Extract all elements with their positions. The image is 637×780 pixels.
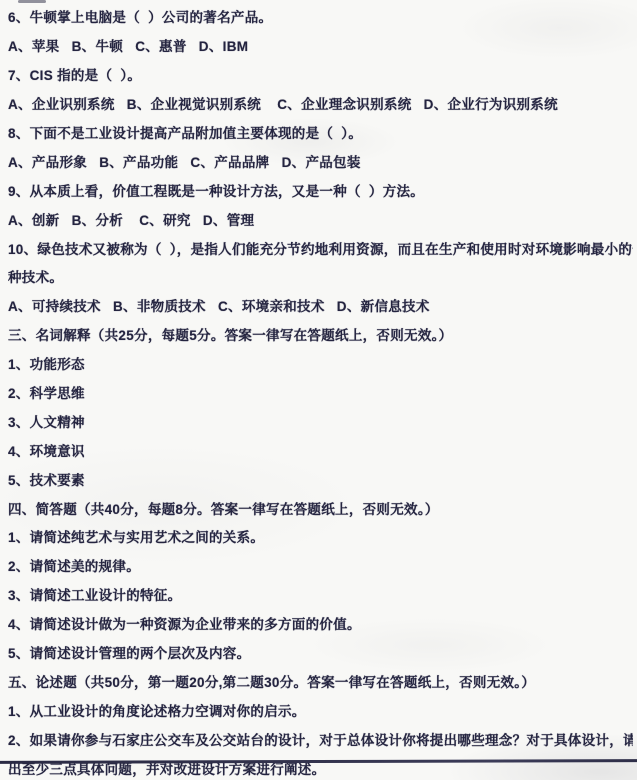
short-answer-item-5: 5、请简述设计管理的两个层次及内容。 xyxy=(8,638,633,667)
question-7-stem: 7、CIS 指的是（ ）。 xyxy=(8,60,633,89)
short-answer-item-1: 1、请简述纯艺术与实用艺术之间的关系。 xyxy=(8,522,633,551)
essay-section-header: 五、论述题（共50分，第一题20分,第二题30分。答案一律写在答题纸上，否则无效… xyxy=(8,666,633,695)
glossary-item-4: 4、环境意识 xyxy=(8,435,633,464)
multiple-choice-section: 6、牛顿掌上电脑是（ ）公司的著名产品。 A、苹果 B、牛顿 C、惠普 D、IB… xyxy=(8,2,633,320)
short-answer-item-4: 4、请简述设计做为一种资源为企业带来的多方面的价值。 xyxy=(8,609,633,638)
question-6-stem: 6、牛顿掌上电脑是（ ）公司的著名产品。 xyxy=(8,2,633,31)
question-9-stem: 9、从本质上看，价值工程既是一种设计方法，又是一种（ ）方法。 xyxy=(8,175,633,204)
question-8-stem: 8、下面不是工业设计提高产品附加值主要体现的是（ ）。 xyxy=(8,118,633,147)
essay-item-1: 1、从工业设计的角度论述格力空调对你的启示。 xyxy=(8,695,633,724)
essay-item-2-line-2: 出至少三点具体问题，并对改进设计方案进行阐述。 xyxy=(8,753,633,780)
question-7-options: A、企业识别系统 B、企业视觉识别系统 C、企业理念识别系统 D、企业行为识别系… xyxy=(8,89,633,118)
short-answer-section: 四、简答题（共40分，每题8分。答案一律写在答题纸上，否则无效。） 1、请简述纯… xyxy=(8,493,633,666)
glossary-section: 三、名词解释（共25分，每题5分。答案一律写在答题纸上，否则无效。） 1、功能形… xyxy=(8,320,633,493)
question-10-stem-line-2: 种技术。 xyxy=(8,262,633,291)
glossary-item-1: 1、功能形态 xyxy=(8,349,633,378)
short-answer-item-3: 3、请简述工业设计的特征。 xyxy=(8,580,633,609)
scan-smudge-artifact xyxy=(18,0,46,3)
question-9-options: A、创新 B、分析 C、研究 D、管理 xyxy=(8,204,633,233)
glossary-item-3: 3、人文精神 xyxy=(8,406,633,435)
question-10-stem-line-1: 10、绿色技术又被称为（ ），是指人们能充分节约地利用资源，而且在生产和使用时对… xyxy=(8,233,633,262)
glossary-section-header: 三、名词解释（共25分，每题5分。答案一律写在答题纸上，否则无效。） xyxy=(8,320,633,349)
essay-item-2-line-1: 2、如果请你参与石家庄公交车及公交站台的设计，对于总体设计你将提出哪些理念？对于… xyxy=(8,724,633,753)
question-6-options: A、苹果 B、牛顿 C、惠普 D、IBM xyxy=(8,31,633,60)
question-10-options: A、可持续技术 B、非物质技术 C、环境亲和技术 D、新信息技术 xyxy=(8,291,633,320)
glossary-item-5: 5、技术要素 xyxy=(8,464,633,493)
short-answer-item-2: 2、请简述美的规律。 xyxy=(8,551,633,580)
exam-page: 6、牛顿掌上电脑是（ ）公司的著名产品。 A、苹果 B、牛顿 C、惠普 D、IB… xyxy=(0,0,637,780)
short-answer-section-header: 四、简答题（共40分，每题8分。答案一律写在答题纸上，否则无效。） xyxy=(8,493,633,522)
question-8-options: A、产品形象 B、产品功能 C、产品品牌 D、产品包装 xyxy=(8,146,633,175)
glossary-item-2: 2、科学思维 xyxy=(8,378,633,407)
